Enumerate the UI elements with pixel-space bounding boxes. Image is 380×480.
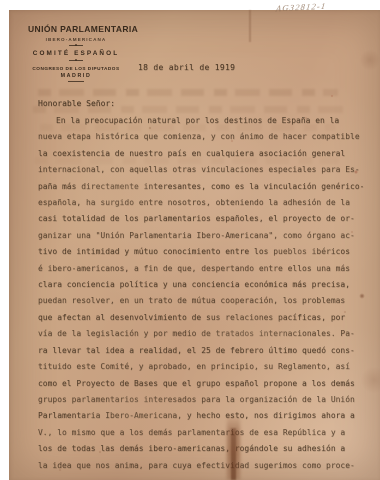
body-line: vía de la legislación y por medio de tra… (38, 326, 362, 342)
body-line: En la preocupación natural por los desti… (38, 113, 362, 129)
body-line: é ibero-americanos, a fin de que, desper… (38, 261, 362, 277)
divider-rule (68, 81, 84, 82)
body-line: tituido este Comité, y aprobado, en prin… (38, 359, 362, 375)
org-subtitle: IBERO-AMERICANA (28, 37, 124, 42)
scanned-letter-page: AG32812-1 UNIÓN PARLAMENTARIA IBERO-AMER… (0, 0, 380, 480)
committee-name: COMITÉ ESPAÑOL (28, 50, 124, 57)
letter-date: 18 de abril de 1919 (138, 63, 235, 72)
body-line: la coexistencia de nuestro país en cualq… (38, 146, 362, 162)
body-line: como el Proyecto de Bases que el grupo e… (38, 376, 362, 392)
divider-ornament (69, 59, 83, 62)
body-line: Parlamentaria Ibero-Americana, y hecho e… (38, 408, 362, 424)
body-line: grupos parlamentarios interesados para l… (38, 392, 362, 408)
body-line: casi totalidad de los parlamentarios esp… (38, 211, 362, 227)
institution-name: CONGRESO DE LOS DIPUTADOS (28, 66, 124, 71)
body-line: ganizar una "Unión Parlamentaria Ibero-A… (38, 228, 362, 244)
body-line: nueva etapa histórica que comienza, y co… (38, 129, 362, 145)
body-line: paña más directamente interesantes, como… (38, 179, 362, 195)
body-line: los de todas las demás ibero-americanas,… (38, 441, 362, 457)
body-line: puedan resolver, en un trato de mútua co… (38, 293, 362, 309)
body-line: internacional, con aquellas otras vincul… (38, 162, 362, 178)
org-name: UNIÓN PARLAMENTARIA (28, 24, 124, 34)
city-name: MADRID (28, 73, 124, 79)
body-line: tivo de intimidad y mútuo conocimiento e… (38, 244, 362, 260)
body-line: española, ha surgido entre nosotros, obt… (38, 195, 362, 211)
salutation: Honorable Señor: (38, 99, 115, 108)
letter-body: En la preocupación natural por los desti… (38, 113, 362, 474)
body-line: la idea que nos anima, para cuya efectiv… (38, 458, 362, 474)
letterhead: UNIÓN PARLAMENTARIA IBERO-AMERICANA COMI… (28, 24, 124, 82)
divider-ornament (69, 44, 83, 47)
body-line: clara conciencia política y una concienc… (38, 277, 362, 293)
body-line: V., lo mismo que a los demás parlamentar… (38, 425, 362, 441)
body-line: ra llevar tal idea a realidad, el 25 de … (38, 343, 362, 359)
body-line: que afectan al desenvolvimiento de sus r… (38, 310, 362, 326)
